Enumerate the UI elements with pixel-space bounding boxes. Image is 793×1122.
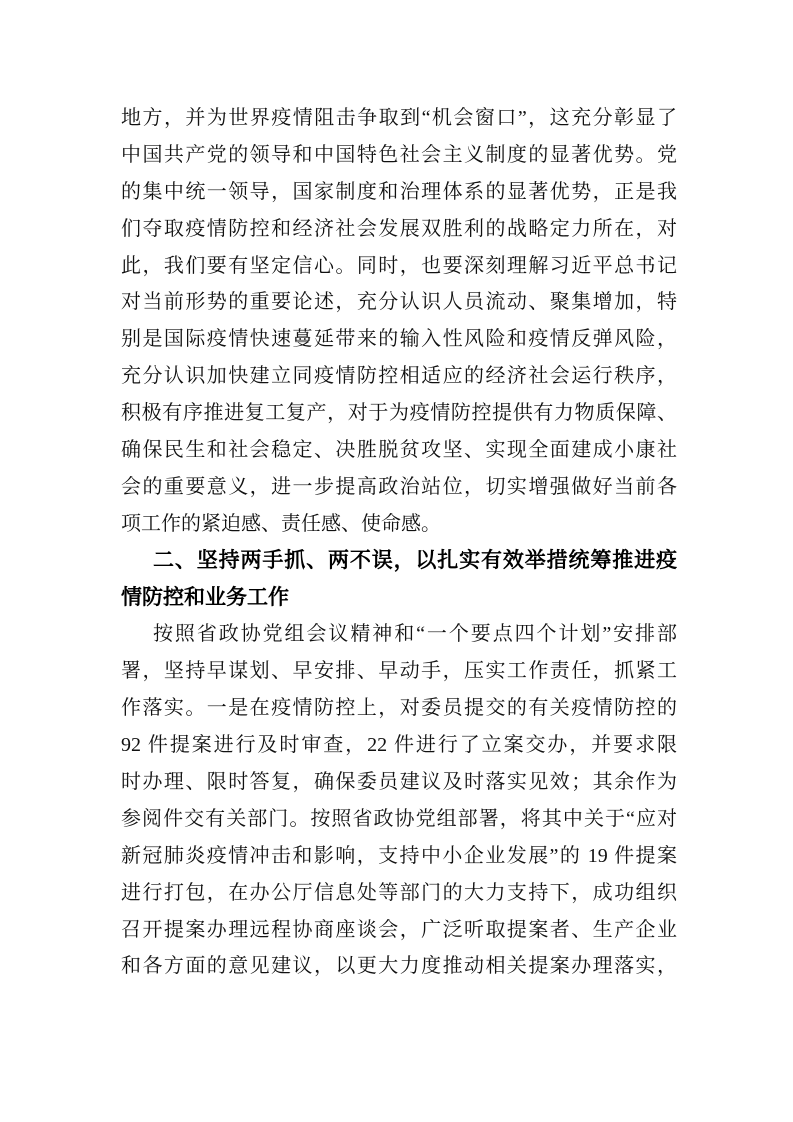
text-line: 们夺取疫情防控和经济社会发展双胜利的战略定力所在，对 — [121, 211, 677, 248]
text-line: 作落实。一是在疫情防控上，对委员提交的有关疫情防控的 — [121, 690, 677, 727]
text-line: 按照省政协党组会议精神和“一个要点四个计划”安排部 — [121, 616, 677, 653]
section-heading: 二、坚持两手抓、两不误，以扎实有效举措统筹推进疫 情防控和业务工作 — [121, 543, 677, 617]
text-line: 别是国际疫情快速蔓延带来的输入性风险和疫情反弹风险， — [121, 321, 677, 358]
text-line: 署，坚持早谋划、早安排、早动手，压实工作责任，抓紧工 — [121, 653, 677, 690]
text-line: 参阅件交有关部门。按照省政协党组部署，将其中关于“应对 — [121, 801, 677, 838]
text-line: 时办理、限时答复，确保委员建议及时落实见效；其余作为 — [121, 764, 677, 801]
text-line: 召开提案办理远程协商座谈会，广泛听取提案者、生产企业 — [121, 912, 677, 949]
text-line: 确保民生和社会稳定、决胜脱贫攻坚、实现全面建成小康社 — [121, 432, 677, 469]
paragraph-continuation: 地方，并为世界疫情阻击争取到“机会窗口”，这充分彰显了 中国共产党的领导和中国特… — [121, 100, 677, 543]
document-page: 地方，并为世界疫情阻击争取到“机会窗口”，这充分彰显了 中国共产党的领导和中国特… — [0, 0, 793, 1122]
text-line: 充分认识加快建立同疫情防控相适应的经济社会运行秩序， — [121, 358, 677, 395]
text-block: 地方，并为世界疫情阻击争取到“机会窗口”，这充分彰显了 中国共产党的领导和中国特… — [121, 100, 677, 985]
text-line: 地方，并为世界疫情阻击争取到“机会窗口”，这充分彰显了 — [121, 100, 677, 137]
paragraph-body: 按照省政协党组会议精神和“一个要点四个计划”安排部 署，坚持早谋划、早安排、早动… — [121, 616, 677, 985]
text-line: 和各方面的意见建议，以更大力度推动相关提案办理落实， — [121, 948, 677, 985]
text-line: 项工作的紧迫感、责任感、使命感。 — [121, 506, 677, 543]
text-line: 对当前形势的重要论述，充分认识人员流动、聚集增加，特 — [121, 284, 677, 321]
text-line: 此，我们要有坚定信心。同时，也要深刻理解习近平总书记 — [121, 248, 677, 285]
text-line: 的集中统一领导，国家制度和治理体系的显著优势，正是我 — [121, 174, 677, 211]
text-line: 会的重要意义，进一步提高政治站位，切实增强做好当前各 — [121, 469, 677, 506]
heading-line: 情防控和业务工作 — [121, 580, 677, 617]
heading-line: 二、坚持两手抓、两不误，以扎实有效举措统筹推进疫 — [121, 543, 677, 580]
text-line: 新冠肺炎疫情冲击和影响，支持中小企业发展”的 19 件提案 — [121, 838, 677, 875]
text-line: 92 件提案进行及时审查，22 件进行了立案交办，并要求限 — [121, 727, 677, 764]
text-line: 积极有序推进复工复产，对于为疫情防控提供有力物质保障、 — [121, 395, 677, 432]
text-line: 进行打包，在办公厅信息处等部门的大力支持下，成功组织 — [121, 875, 677, 912]
text-line: 中国共产党的领导和中国特色社会主义制度的显著优势。党 — [121, 137, 677, 174]
